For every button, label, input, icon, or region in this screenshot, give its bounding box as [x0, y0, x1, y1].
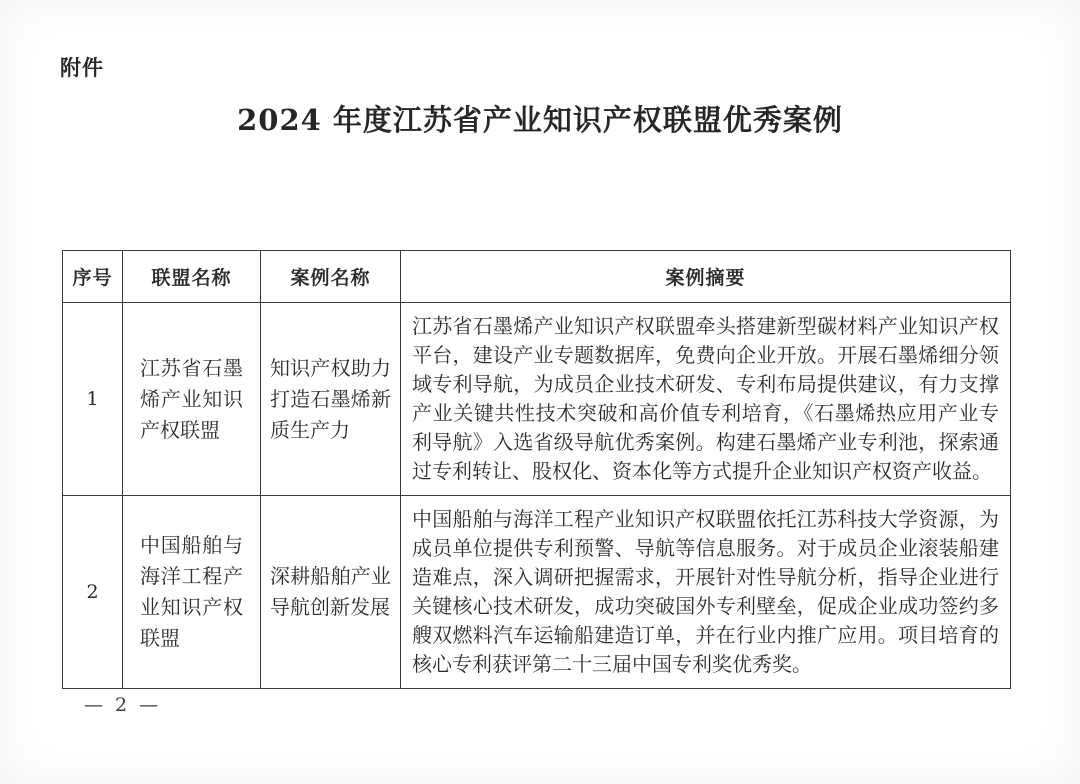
row-index: 2: [63, 496, 123, 689]
alliance-name-cell: 中国船舶与海洋工程产业知识产权联盟: [123, 496, 261, 689]
case-summary-cell: 江苏省石墨烯产业知识产权联盟牵头搭建新型碳材料产业知识产权平台，建设产业专题数据…: [401, 303, 1011, 496]
row-index: 1: [63, 303, 123, 496]
case-summary-cell: 中国船舶与海洋工程产业知识产权联盟依托江苏科技大学资源，为成员单位提供专利预警、…: [401, 496, 1011, 689]
cases-table: 序号 联盟名称 案例名称 案例摘要 1 江苏省石墨烯产业知识产权联盟 知识产权助…: [62, 250, 1011, 689]
document-title: 2024 年度江苏省产业知识产权联盟优秀案例: [0, 98, 1080, 139]
header-cell-summary: 案例摘要: [401, 251, 1011, 303]
document-page: 附件 2024 年度江苏省产业知识产权联盟优秀案例 序号 联盟名称 案例名称 案…: [0, 0, 1080, 784]
page-number: — 2 —: [84, 694, 161, 716]
case-name-cell: 深耕船舶产业导航创新发展: [261, 496, 401, 689]
attachment-label: 附件: [60, 52, 104, 82]
header-cell-alliance-name: 联盟名称: [123, 251, 261, 303]
table-header-row: 序号 联盟名称 案例名称 案例摘要: [63, 251, 1011, 303]
case-name-cell: 知识产权助力打造石墨烯新质生产力: [261, 303, 401, 496]
header-cell-index: 序号: [63, 251, 123, 303]
table-row: 1 江苏省石墨烯产业知识产权联盟 知识产权助力打造石墨烯新质生产力 江苏省石墨烯…: [63, 303, 1011, 496]
alliance-name-cell: 江苏省石墨烯产业知识产权联盟: [123, 303, 261, 496]
table-row: 2 中国船舶与海洋工程产业知识产权联盟 深耕船舶产业导航创新发展 中国船舶与海洋…: [63, 496, 1011, 689]
header-cell-case-name: 案例名称: [261, 251, 401, 303]
